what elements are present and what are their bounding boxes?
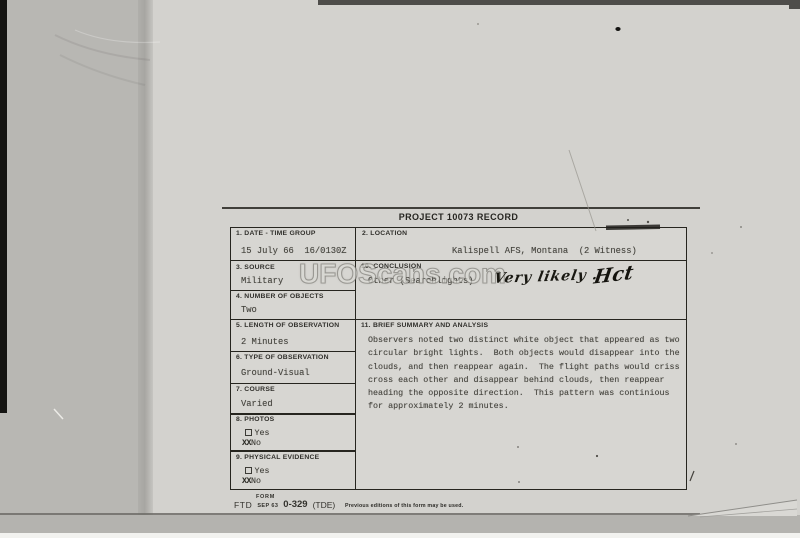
- physical-evidence-no-x-mark: XX: [242, 477, 251, 486]
- photos-yes-option: Yes: [245, 429, 269, 438]
- source-label: 3. SOURCE: [236, 264, 275, 271]
- photos-no-option: XXNo: [242, 439, 261, 448]
- date-time-group-label: 1. DATE - TIME GROUP: [236, 230, 316, 237]
- source-value: Military: [241, 276, 283, 286]
- physical-evidence-yes-option: Yes: [245, 467, 269, 476]
- checkbox-yes-icon: [245, 467, 252, 474]
- page-fold-shadow: [138, 0, 153, 517]
- page-top-edge-line: [222, 207, 700, 209]
- number-of-objects-label: 4. NUMBER OF OBJECTS: [236, 293, 324, 300]
- footer-date: SEP 63: [257, 503, 278, 510]
- physical-evidence-label: 9. PHYSICAL EVIDENCE: [236, 454, 319, 461]
- type-of-observation-label: 6. TYPE OF OBSERVATION: [236, 354, 329, 361]
- photos-no-label: No: [251, 439, 261, 448]
- brief-summary-text: Observers noted two distinct white objec…: [368, 334, 690, 414]
- row-divider: [230, 351, 356, 353]
- course-value: Varied: [241, 399, 273, 409]
- scanned-document-page: PROJECT 10073 RECORD 1. DATE - TIME GROU…: [0, 0, 800, 538]
- scan-bottom-white-strip: [0, 533, 800, 538]
- row-divider: [230, 413, 356, 415]
- row-divider: [230, 450, 356, 452]
- scan-top-dark-strip-end: [789, 0, 800, 9]
- scan-left-black-edge: [0, 0, 7, 413]
- physical-evidence-no-option: XXNo: [242, 477, 261, 486]
- footer-suffix: (TDE): [313, 500, 336, 510]
- date-time-group-value: 15 July 66 16/0130Z: [241, 246, 347, 256]
- scan-bottom-band: [0, 515, 800, 533]
- location-label: 2. LOCATION: [362, 230, 407, 237]
- photos-label: 8. PHOTOS: [236, 416, 274, 423]
- length-of-observation-label: 5. LENGTH OF OBSERVATION: [236, 322, 339, 329]
- left-page-background: [0, 0, 141, 517]
- form-title: PROJECT 10073 RECORD: [230, 212, 687, 222]
- course-label: 7. COURSE: [236, 386, 275, 393]
- scan-top-dark-strip: [318, 0, 800, 5]
- checkbox-yes-icon: [245, 429, 252, 436]
- footer-agency: FTD: [234, 500, 252, 510]
- number-of-objects-value: Two: [241, 305, 257, 315]
- physical-evidence-no-label: No: [251, 477, 261, 486]
- length-of-observation-value: 2 Minutes: [241, 337, 289, 347]
- location-value: Kalispell AFS, Montana (2 Witness): [452, 246, 637, 256]
- watermark: UFOScans.com: [299, 258, 506, 290]
- footer-note: Previous editions of this form may be us…: [345, 503, 463, 509]
- brief-summary-label: 11. BRIEF SUMMARY AND ANALYSIS: [361, 322, 488, 329]
- row-divider: [230, 383, 356, 385]
- physical-evidence-yes-label: Yes: [255, 467, 270, 476]
- footer-number: 0-329: [283, 499, 307, 510]
- row-divider: [230, 319, 687, 321]
- photos-yes-label: Yes: [255, 429, 270, 438]
- footer-form-number-line: FTD SEP 63 0-329 (TDE): [234, 499, 335, 510]
- type-of-observation-value: Ground-Visual: [241, 368, 310, 378]
- photos-no-x-mark: XX: [242, 439, 251, 448]
